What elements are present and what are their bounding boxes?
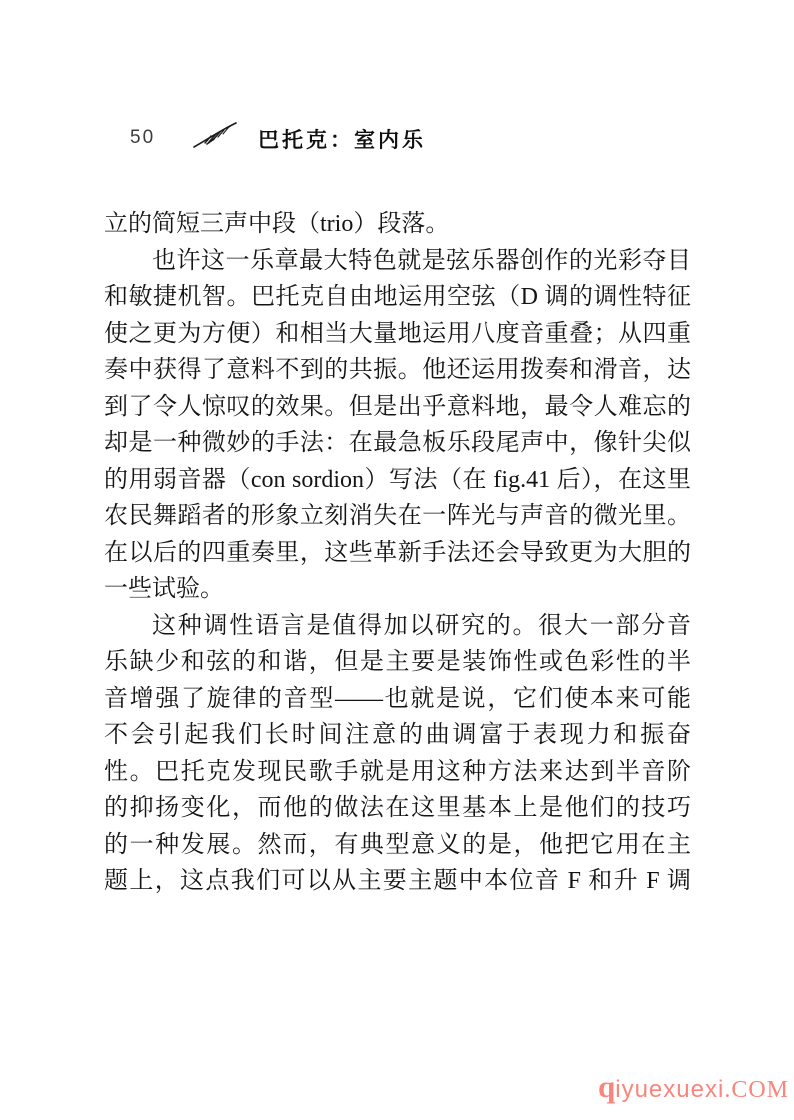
text-line: 一些试验。 bbox=[104, 571, 691, 608]
page-header: 50 巴托克：室内乐 bbox=[0, 124, 794, 154]
watermark-middle: iyuexuexi bbox=[615, 1076, 724, 1103]
text-line: 却是一种微妙的手法：在最急板乐段尾声中，像针尖似 bbox=[104, 425, 691, 462]
site-watermark: qiyuexuexi.COM bbox=[598, 1070, 789, 1104]
text-line: 的抑扬变化，而他的做法在这里基本上是他们的技巧 bbox=[104, 790, 691, 827]
running-title: 巴托克：室内乐 bbox=[258, 124, 426, 154]
text-line: 在以后的四重奏里，这些革新手法还会导致更为大胆的 bbox=[104, 535, 691, 572]
text-line: 和敏捷机智。巴托克自由地运用空弦（D 调的调性特征 bbox=[104, 279, 691, 316]
leaf-decoration-icon bbox=[191, 120, 239, 152]
text-line: 立的简短三声中段（trio）段落。 bbox=[104, 206, 691, 243]
text-line: 乐缺少和弦的和谐，但是主要是装饰性或色彩性的半 bbox=[104, 644, 691, 681]
text-line: 也许这一乐章最大特色就是弦乐器创作的光彩夺目 bbox=[104, 243, 691, 280]
text-line: 音增强了旋律的音型——也就是说，它们使本来可能 bbox=[104, 681, 691, 718]
text-line: 题上，这点我们可以从主要主题中本位音 F 和升 F 调 bbox=[104, 863, 691, 900]
watermark-prefix: q bbox=[598, 1069, 615, 1104]
text-line: 性。巴托克发现民歌手就是用这种方法来达到半音阶 bbox=[104, 754, 691, 791]
text-line: 到了令人惊叹的效果。但是出乎意料地，最令人难忘的 bbox=[104, 389, 691, 426]
text-line: 的一种发展。然而，有典型意义的是，他把它用在主 bbox=[104, 827, 691, 864]
text-line: 的用弱音器（con sordion）写法（在 fig.41 后），在这里 bbox=[104, 462, 691, 499]
watermark-suffix: .COM bbox=[724, 1077, 789, 1103]
book-page: 50 巴托克：室内乐 立的简短三声中段（trio）段落。 也许这一乐章最大特色就… bbox=[0, 0, 794, 1120]
text-line: 不会引起我们长时间注意的曲调富于表现力和振奋 bbox=[104, 717, 691, 754]
text-line: 使之更为方便）和相当大量地运用八度音重叠；从四重 bbox=[104, 316, 691, 353]
page-number: 50 bbox=[130, 127, 155, 149]
text-line: 这种调性语言是值得加以研究的。很大一部分音 bbox=[104, 608, 691, 645]
text-line: 奏中获得了意料不到的共振。他还运用拨奏和滑音，达 bbox=[104, 352, 691, 389]
text-line: 农民舞蹈者的形象立刻消失在一阵光与声音的微光里。 bbox=[104, 498, 691, 535]
body-text: 立的简短三声中段（trio）段落。 也许这一乐章最大特色就是弦乐器创作的光彩夺目… bbox=[104, 206, 691, 900]
